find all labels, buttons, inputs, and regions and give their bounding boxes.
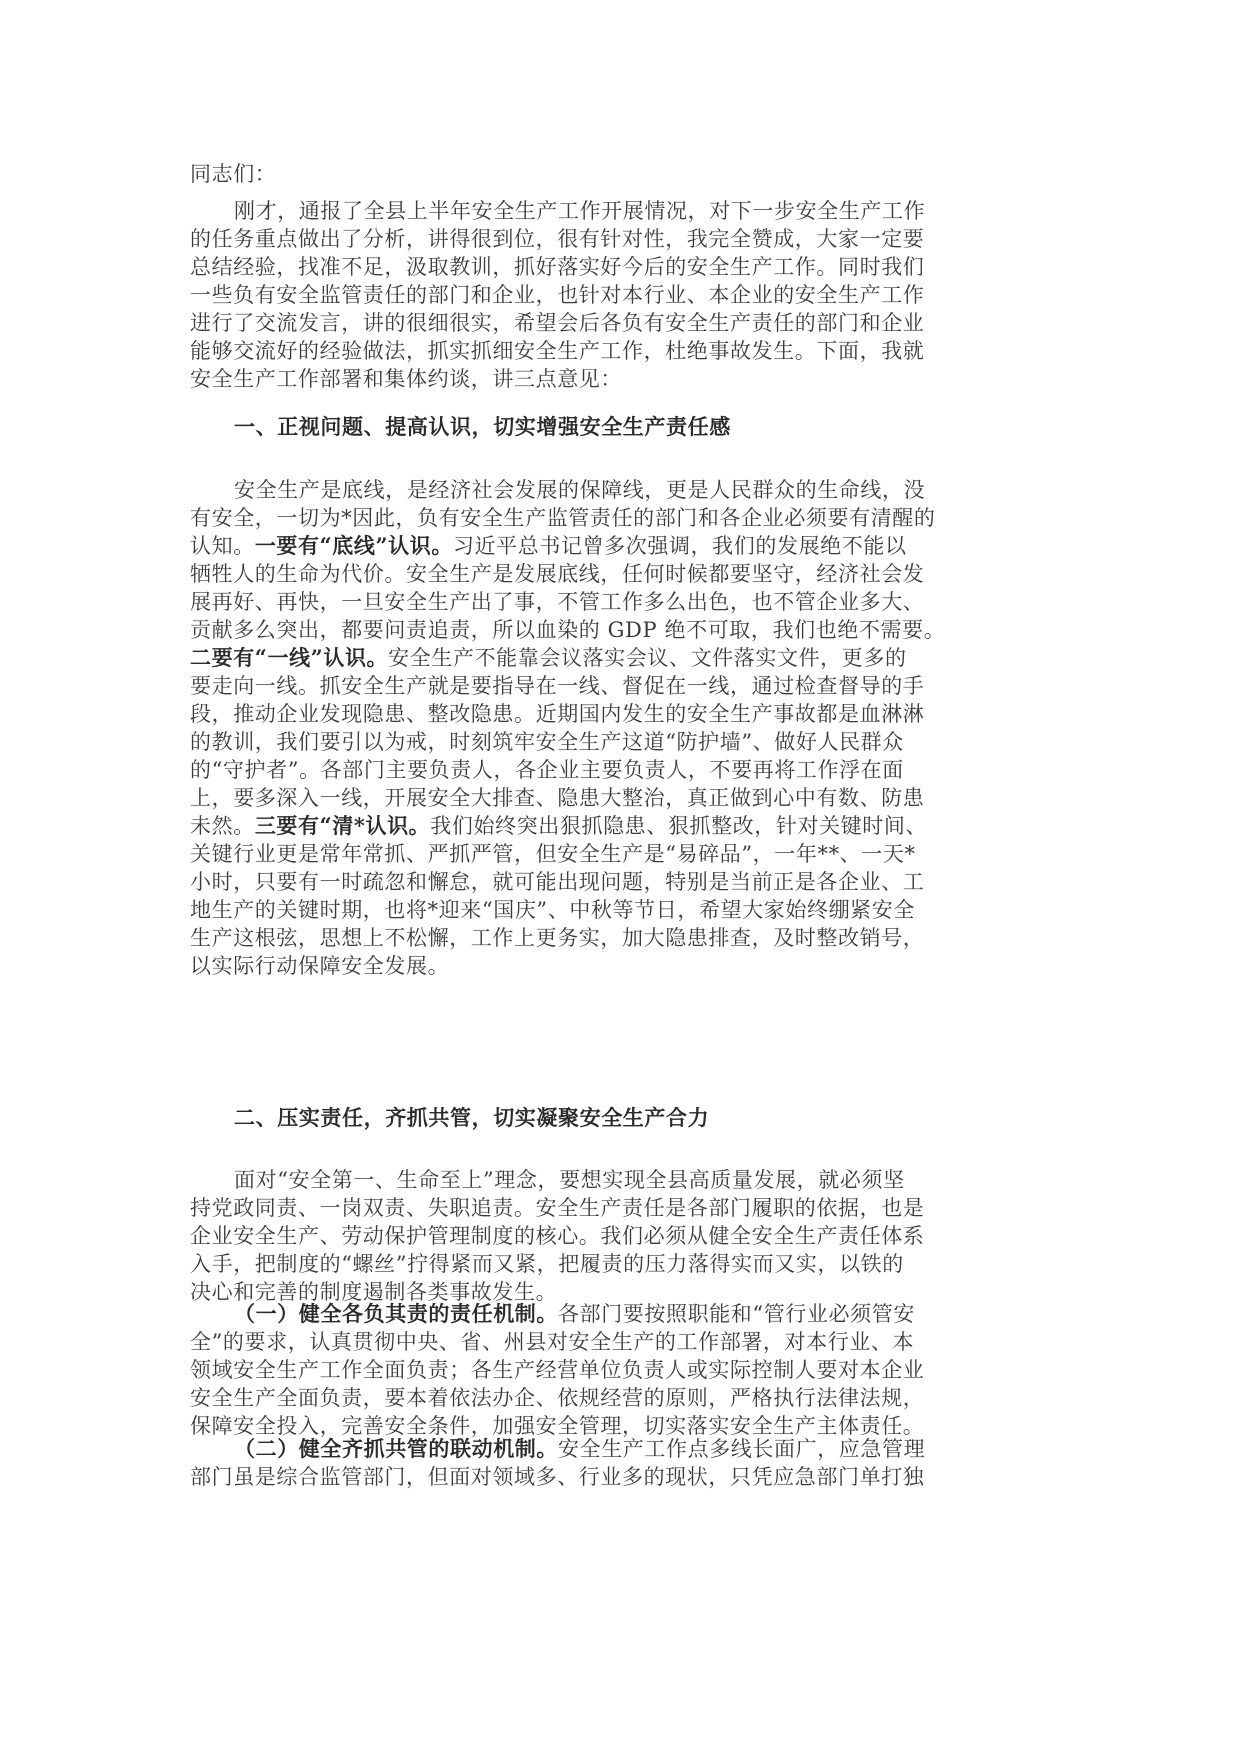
text-line: 展再好、再快，一旦安全生产出了事，不管工作多么出色，也不管企业多大、 — [190, 588, 1060, 616]
text-segment: 安全生产全面负责，要本着依法办企、依规经营的原则，严格执行法律法规， — [190, 1386, 924, 1410]
greeting-text: 同志们： — [190, 160, 1060, 188]
greeting: 同志们： — [190, 160, 1060, 188]
text-segment: 牺牲人的生命为代价。安全生产是发展底线，任何时候都要坚守，经济社会发 — [190, 562, 924, 586]
text-segment: 小时，只要有一时疏忽和懈怠，就可能出现问题，特别是当前正是各企业、工 — [190, 870, 924, 894]
text-segment: 贡献多么突出，都要问责追责，所以血染的 GDP 绝不可取，我们也绝不需要。 — [190, 618, 945, 642]
text-line: 上，要多深入一线，开展安全大排查、隐患大整治，真正做到心中有数、防患 — [190, 784, 1060, 812]
text-line: 领域安全生产工作全面负责；各生产经营单位负责人或实际控制人要对本企业 — [190, 1356, 1060, 1384]
text-line: 的教训，我们要引以为戒，时刻筑牢安全生产这道“防护墙”、做好人民群众 — [190, 728, 1060, 756]
text-segment: 总结经验，找准不足，汲取教训，抓好落实好今后的安全生产工作。同时我们 — [190, 255, 924, 279]
text-segment: 我们始终突出狠抓隐患、狠抓整改，针对关键时间、 — [430, 814, 927, 838]
text-segment: 全”的要求，认真贯彻中央、省、州县对安全生产的工作部署，对本行业、本 — [190, 1330, 914, 1354]
text-segment: 安全生产是底线，是经济社会发展的保障线，更是人民群众的生命线，没 — [234, 478, 925, 502]
document-page: 同志们： 刚才，通报了全县上半年安全生产工作开展情况，对下一步安全生产工作的任务… — [0, 0, 1240, 1754]
text-segment: 持党政同责、一岗双责、失职追责。安全生产责任是各部门履职的依据，也是 — [190, 1196, 924, 1220]
text-segment: 关键行业更是常年常抓、严抓严管，但安全生产是“易碎品”，一年**、一天* — [190, 842, 916, 866]
text-line: 持党政同责、一岗双责、失职追责。安全生产责任是各部门履职的依据，也是 — [190, 1194, 1060, 1222]
text-segment: 未然。 — [190, 814, 255, 838]
paragraph: （一）健全各负其责的责任机制。各部门要按照职能和“管行业必须管安全”的要求，认真… — [190, 1300, 1060, 1440]
text-segment: 生产这根弦，思想上不松懈，工作上更务实，加大隐患排查，及时整改销号， — [190, 926, 924, 950]
text-segment: 展再好、再快，一旦安全生产出了事，不管工作多么出色，也不管企业多大、 — [190, 590, 924, 614]
bold-text: 三要有“清*认识。 — [255, 813, 430, 838]
text-line: 二要有“一线”认识。安全生产不能靠会议落实会议、文件落实文件，更多的 — [190, 644, 1060, 672]
text-line: （一）健全各负其责的责任机制。各部门要按照职能和“管行业必须管安 — [190, 1300, 1060, 1328]
section-heading: 二、压实责任，齐抓共管，切实凝聚安全生产合力 — [190, 1104, 1060, 1132]
text-segment: 各部门要按照职能和“管行业必须管安 — [558, 1302, 915, 1326]
text-segment: 能够交流好的经验做法，抓实抓细安全生产工作，杜绝事故发生。下面，我就 — [190, 339, 924, 363]
text-segment: 习近平总书记曾多次强调，我们的发展绝不能以 — [453, 534, 907, 558]
text-segment: 的“守护者”。各部门主要负责人，各企业主要负责人，不要再将工作浮在面 — [190, 758, 904, 782]
section-heading: 一、正视问题、提高认识，切实增强安全生产责任感 — [190, 413, 1060, 441]
text-segment: 一些负有安全监管责任的部门和企业，也针对本行业、本企业的安全生产工作 — [190, 283, 924, 307]
text-segment: 有安全，一切为*因此，负有安全生产监管责任的部门和各企业必须要有清醒的 — [190, 506, 936, 530]
text-line: 有安全，一切为*因此，负有安全生产监管责任的部门和各企业必须要有清醒的 — [190, 504, 1060, 532]
text-line: 小时，只要有一时疏忽和懈怠，就可能出现问题，特别是当前正是各企业、工 — [190, 868, 1060, 896]
text-line: 进行了交流发言，讲的很细很实，希望会后各负有安全生产责任的部门和企业 — [190, 309, 1060, 337]
text-line: 面对“安全第一、生命至上”理念，要想实现全县高质量发展，就必须坚 — [190, 1166, 1060, 1194]
text-segment: 要走向一线。抓安全生产就是要指导在一线、督促在一线，通过检查督导的手 — [190, 674, 924, 698]
text-line: 地生产的关键时期，也将*迎来“国庆”、中秋等节日，希望大家始终绷紧安全 — [190, 896, 1060, 924]
text-line: 刚才，通报了全县上半年安全生产工作开展情况，对下一步安全生产工作 — [190, 197, 1060, 225]
text-line: 安全生产全面负责，要本着依法办企、依规经营的原则，严格执行法律法规， — [190, 1384, 1060, 1412]
bold-text: 二要有“一线”认识。 — [190, 645, 388, 670]
text-line: （二）健全齐抓共管的联动机制。安全生产工作点多线长面广，应急管理 — [190, 1435, 1060, 1463]
bold-text: 二、压实责任，齐抓共管，切实凝聚安全生产合力 — [234, 1105, 709, 1130]
text-segment: 的教训，我们要引以为戒，时刻筑牢安全生产这道“防护墙”、做好人民群众 — [190, 730, 904, 754]
text-line: 一、正视问题、提高认识，切实增强安全生产责任感 — [190, 413, 1060, 441]
text-segment: 企业安全生产、劳动保护管理制度的核心。我们必须从健全安全生产责任体系 — [190, 1224, 924, 1248]
text-segment: 安全生产工作部署和集体约谈，讲三点意见： — [190, 367, 622, 391]
text-line: 总结经验，找准不足，汲取教训，抓好落实好今后的安全生产工作。同时我们 — [190, 253, 1060, 281]
bold-text: （一）健全各负其责的责任机制。 — [234, 1301, 558, 1326]
text-segment: 地生产的关键时期，也将*迎来“国庆”、中秋等节日，希望大家始终绷紧安全 — [190, 898, 915, 922]
text-segment: 部门虽是综合监管部门，但面对领域多、行业多的现状，只凭应急部门单打独 — [190, 1465, 924, 1489]
text-line: 安全生产工作部署和集体约谈，讲三点意见： — [190, 365, 1060, 393]
text-line: 贡献多么突出，都要问责追责，所以血染的 GDP 绝不可取，我们也绝不需要。 — [190, 616, 1060, 644]
text-line: 生产这根弦，思想上不松懈，工作上更务实，加大隐患排查，及时整改销号， — [190, 924, 1060, 952]
text-segment: 以实际行动保障安全发展。 — [190, 954, 449, 978]
text-line: 能够交流好的经验做法，抓实抓细安全生产工作，杜绝事故发生。下面，我就 — [190, 337, 1060, 365]
text-segment: 的任务重点做出了分析，讲得很到位，很有针对性，我完全赞成，大家一定要 — [190, 227, 924, 251]
text-segment: 认知。 — [190, 534, 255, 558]
paragraph: 刚才，通报了全县上半年安全生产工作开展情况，对下一步安全生产工作的任务重点做出了… — [190, 197, 1060, 393]
text-line: 段，推动企业发现隐患、整改隐患。近期国内发生的安全生产事故都是血淋淋 — [190, 700, 1060, 728]
text-line: 部门虽是综合监管部门，但面对领域多、行业多的现状，只凭应急部门单打独 — [190, 1463, 1060, 1491]
text-line: 牺牲人的生命为代价。安全生产是发展底线，任何时候都要坚守，经济社会发 — [190, 560, 1060, 588]
text-segment: 进行了交流发言，讲的很细很实，希望会后各负有安全生产责任的部门和企业 — [190, 311, 924, 335]
text-segment: 上，要多深入一线，开展安全大排查、隐患大整治，真正做到心中有数、防患 — [190, 786, 924, 810]
text-segment: 安全生产工作点多线长面广，应急管理 — [558, 1437, 925, 1461]
text-line: 全”的要求，认真贯彻中央、省、州县对安全生产的工作部署，对本行业、本 — [190, 1328, 1060, 1356]
text-segment: 刚才，通报了全县上半年安全生产工作开展情况，对下一步安全生产工作 — [234, 199, 925, 223]
text-line: 要走向一线。抓安全生产就是要指导在一线、督促在一线，通过检查督导的手 — [190, 672, 1060, 700]
text-line: 企业安全生产、劳动保护管理制度的核心。我们必须从健全安全生产责任体系 — [190, 1222, 1060, 1250]
bold-text: 一要有“底线”认识。 — [255, 533, 453, 558]
text-line: 认知。一要有“底线”认识。习近平总书记曾多次强调，我们的发展绝不能以 — [190, 532, 1060, 560]
text-line: 安全生产是底线，是经济社会发展的保障线，更是人民群众的生命线，没 — [190, 476, 1060, 504]
text-line: 关键行业更是常年常抓、严抓严管，但安全生产是“易碎品”，一年**、一天* — [190, 840, 1060, 868]
text-segment: 领域安全生产工作全面负责；各生产经营单位负责人或实际控制人要对本企业 — [190, 1358, 924, 1382]
text-segment: 段，推动企业发现隐患、整改隐患。近期国内发生的安全生产事故都是血淋淋 — [190, 702, 924, 726]
bold-text: 一、正视问题、提高认识，切实增强安全生产责任感 — [234, 414, 731, 439]
text-segment: 面对“安全第一、生命至上”理念，要想实现全县高质量发展，就必须坚 — [234, 1168, 905, 1192]
text-line: 一些负有安全监管责任的部门和企业，也针对本行业、本企业的安全生产工作 — [190, 281, 1060, 309]
paragraph: 面对“安全第一、生命至上”理念，要想实现全县高质量发展，就必须坚持党政同责、一岗… — [190, 1166, 1060, 1306]
text-line: 的“守护者”。各部门主要负责人，各企业主要负责人，不要再将工作浮在面 — [190, 756, 1060, 784]
text-line: 二、压实责任，齐抓共管，切实凝聚安全生产合力 — [190, 1104, 1060, 1132]
text-line: 未然。三要有“清*认识。我们始终突出狠抓隐患、狠抓整改，针对关键时间、 — [190, 812, 1060, 840]
paragraph: 安全生产是底线，是经济社会发展的保障线，更是人民群众的生命线，没有安全，一切为*… — [190, 476, 1060, 980]
paragraph: （二）健全齐抓共管的联动机制。安全生产工作点多线长面广，应急管理部门虽是综合监管… — [190, 1435, 1060, 1491]
text-line: 入手，把制度的“螺丝”拧得紧而又紧，把履责的压力落得实而又实，以铁的 — [190, 1250, 1060, 1278]
text-segment: 入手，把制度的“螺丝”拧得紧而又紧，把履责的压力落得实而又实，以铁的 — [190, 1252, 904, 1276]
bold-text: （二）健全齐抓共管的联动机制。 — [234, 1436, 558, 1461]
text-line: 的任务重点做出了分析，讲得很到位，很有针对性，我完全赞成，大家一定要 — [190, 225, 1060, 253]
text-line: 以实际行动保障安全发展。 — [190, 952, 1060, 980]
text-segment: 安全生产不能靠会议落实会议、文件落实文件，更多的 — [388, 646, 906, 670]
